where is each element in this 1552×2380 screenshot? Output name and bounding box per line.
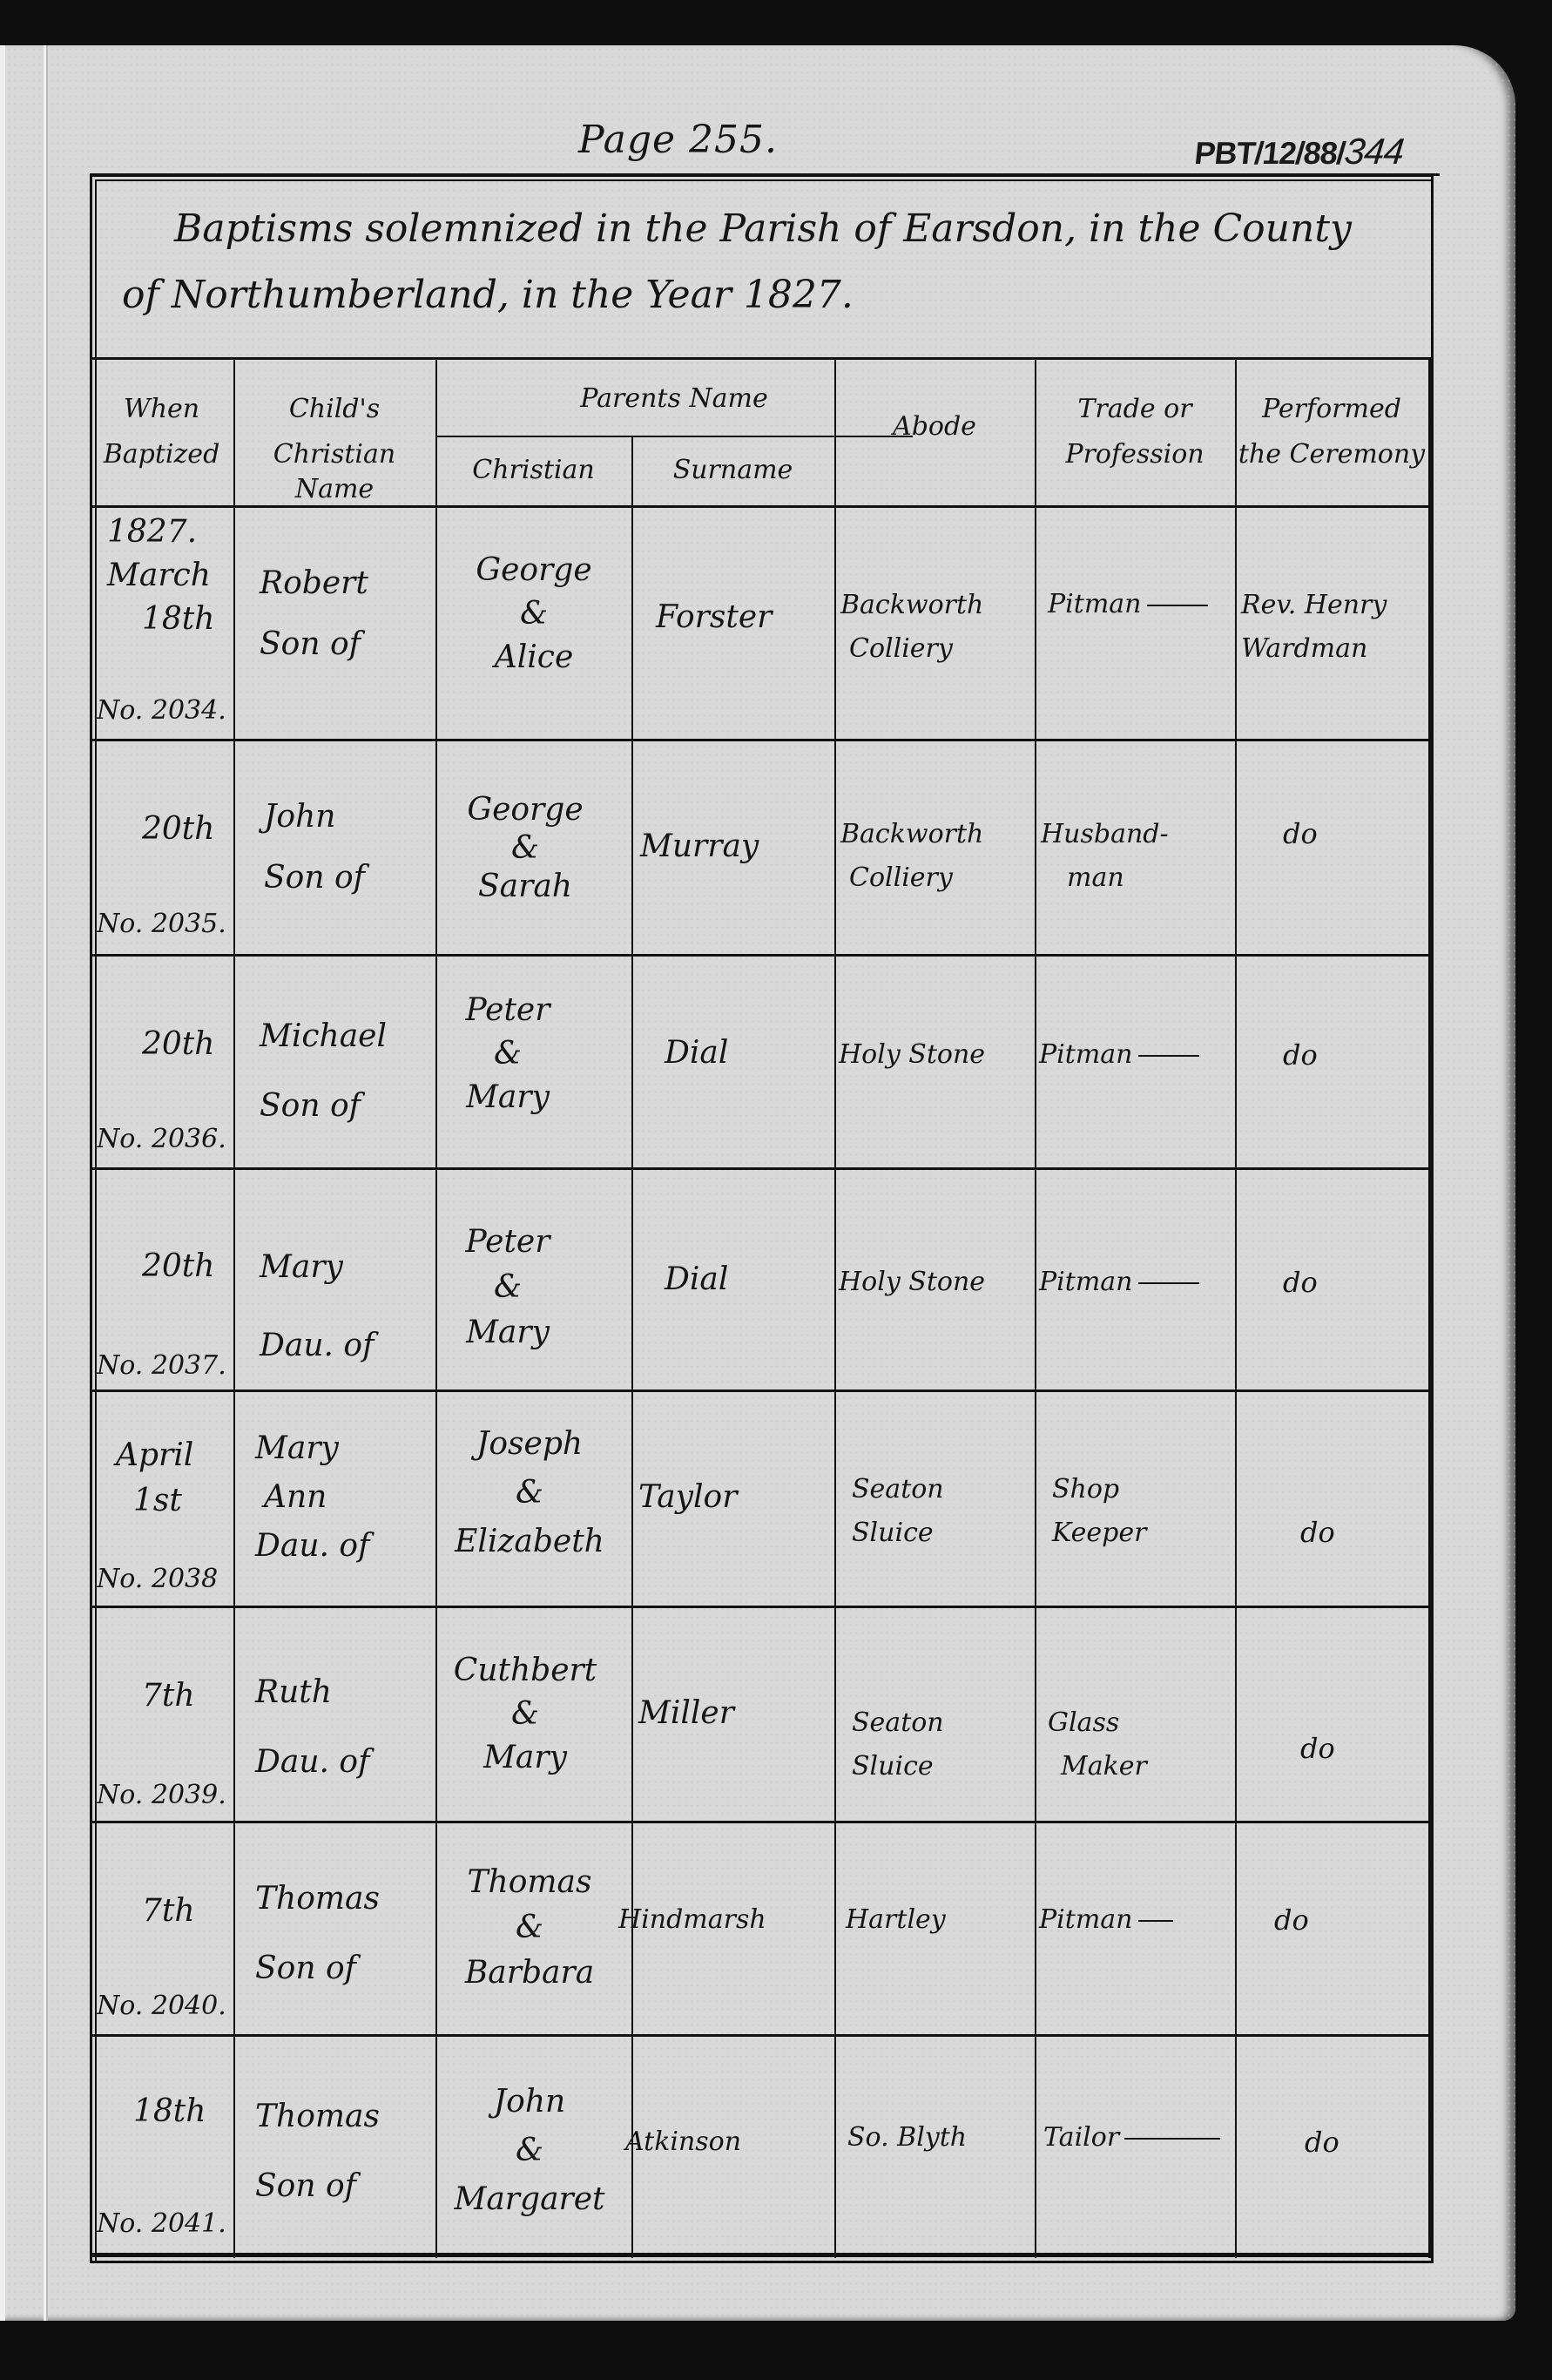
day: 7th — [142, 1890, 195, 1932]
abode-line1: Backworth — [840, 584, 983, 627]
header-performed: Performed the Ceremony — [1235, 392, 1428, 472]
trade-line1: Pitman — [1039, 1904, 1133, 1935]
header-trade-line1: Trade or — [1035, 392, 1235, 427]
table-row: 20th No. 2035. John Son of George & Sara… — [90, 739, 1428, 954]
header-when-line2: Baptized — [90, 437, 233, 472]
folio-number: 344 — [1343, 131, 1406, 172]
father-name: Joseph — [442, 1420, 617, 1469]
abode-line1: Seaton — [852, 1701, 944, 1745]
trade-line1: Glass — [1048, 1701, 1147, 1745]
header-when: When Baptized — [90, 392, 233, 472]
abode-line2: Sluice — [852, 1511, 944, 1555]
binding-margin-line — [44, 45, 46, 2321]
abode-line2: Sluice — [852, 1745, 944, 1788]
surname: Hindmarsh — [618, 1899, 766, 1941]
parents-christian: John & Margaret — [447, 2078, 612, 2224]
child-name: Thomas Son of — [255, 2082, 380, 2221]
performed-by-ditto: do — [1274, 1899, 1309, 1941]
father-name: Peter — [460, 989, 556, 1032]
trade: Husband- man — [1041, 813, 1169, 900]
father-name: George — [460, 791, 590, 829]
abode: Hartley — [846, 1899, 946, 1941]
header-parent-surname: Surname — [631, 453, 834, 488]
ampersand: & — [447, 1905, 612, 1951]
child-relation: Dau. of — [255, 1728, 369, 1797]
child-name: Thomas Son of — [255, 1864, 380, 2004]
page-number: Page 255. — [578, 118, 778, 162]
abode: Backworth Colliery — [840, 584, 983, 671]
surname: Dial — [665, 1032, 728, 1074]
ampersand: & — [460, 592, 608, 636]
father-name: John — [447, 2078, 612, 2126]
child-christian-name: Michael — [260, 1002, 387, 1072]
trade-line2: man — [1041, 856, 1169, 900]
header-child-name: Child's Christian Name — [233, 392, 435, 507]
child-christian-name: Ruth — [255, 1658, 369, 1728]
abode-line2: Colliery — [840, 856, 983, 900]
abode-line2: Colliery — [840, 627, 983, 671]
baptism-date: April 1st — [116, 1433, 193, 1524]
father-name: Peter — [460, 1220, 556, 1265]
title-line-1: Baptisms solemnized in the Parish of Ear… — [122, 196, 1428, 262]
baptism-register-table: When Baptized Child's Christian Name Par… — [90, 357, 1431, 2258]
parents-christian: Thomas & Barbara — [447, 1860, 612, 1996]
dash-rule — [1124, 2138, 1220, 2140]
register-number: No. 2035. — [97, 909, 226, 939]
child-christian-name: Thomas — [255, 1864, 380, 1934]
child-name: Robert Son of — [260, 553, 368, 675]
parents-christian: Peter & Mary — [460, 1220, 556, 1356]
trade-line2: Keeper — [1052, 1511, 1146, 1555]
father-name: Thomas — [447, 1860, 612, 1905]
ampersand: & — [447, 2126, 612, 2175]
day: 20th — [142, 808, 214, 850]
header-when-line1: When — [90, 392, 233, 427]
ampersand: & — [460, 1265, 556, 1310]
abode: So. Blyth — [847, 2117, 967, 2159]
performed-by-ditto: do — [1305, 2121, 1339, 2163]
trade: Tailor — [1043, 2117, 1220, 2159]
child-relation: Son of — [260, 1072, 387, 1141]
parents-christian: George & Alice — [460, 549, 608, 680]
register-title: Baptisms solemnized in the Parish of Ear… — [122, 196, 1428, 328]
register-number: No. 2036. — [97, 1124, 226, 1154]
child-name: John Son of — [264, 787, 365, 909]
parents-christian: Peter & Mary — [460, 989, 556, 1119]
trade-line1: Pitman — [1048, 589, 1142, 619]
trade: Pitman — [1039, 1899, 1173, 1941]
child-relation: Son of — [255, 2152, 380, 2221]
day: 18th — [133, 2091, 206, 2133]
header-performed-line1: Performed — [1235, 392, 1428, 427]
month: March — [107, 554, 214, 598]
child-christian-name-2: Ann — [255, 1473, 369, 1522]
register-number: No. 2037. — [97, 1350, 226, 1381]
trade-line1: Pitman — [1039, 1267, 1133, 1297]
abode: Holy Stone — [839, 1261, 985, 1303]
archive-reference-stamp: PBT/12/88/344 — [1192, 131, 1405, 172]
table-row: 7th No. 2039. Ruth Dau. of Cuthbert & Ma… — [90, 1606, 1428, 1821]
row-divider — [90, 2253, 1431, 2257]
mother-name: Mary — [460, 1310, 556, 1356]
day: 7th — [142, 1675, 195, 1717]
child-name: Mary Dau. of — [260, 1228, 374, 1385]
child-relation: Son of — [264, 848, 365, 909]
page-edge — [0, 45, 5, 2321]
trade: Pitman — [1039, 1261, 1199, 1303]
ampersand: & — [460, 829, 590, 868]
performed-by-ditto: do — [1283, 813, 1318, 855]
abode: Seaton Sluice — [852, 1701, 944, 1788]
child-relation: Dau. of — [255, 1522, 369, 1571]
surname: Miller — [638, 1693, 734, 1734]
child-name: Ruth Dau. of — [255, 1658, 369, 1797]
trade-line2: Maker — [1048, 1745, 1147, 1788]
surname: Murray — [640, 826, 759, 868]
dash-rule — [1138, 1055, 1199, 1057]
trade: Pitman — [1039, 1034, 1199, 1076]
header-trade-line2: Profession — [1035, 437, 1235, 472]
abode-line1: Seaton — [852, 1468, 944, 1511]
dash-rule — [1138, 1920, 1173, 1922]
register-number: No. 2038 — [97, 1564, 218, 1594]
performed-by: Rev. Henry Wardman — [1241, 584, 1387, 671]
parents-christian: Cuthbert & Mary — [442, 1649, 608, 1780]
child-christian-name: Mary — [255, 1424, 369, 1473]
header-performed-line2: the Ceremony — [1235, 437, 1428, 472]
mother-name: Elizabeth — [442, 1518, 617, 1566]
header-trade: Trade or Profession — [1035, 392, 1235, 472]
table-row: 1827. March 18th No. 2034. Robert Son of… — [90, 505, 1428, 739]
abode: Seaton Sluice — [852, 1468, 944, 1555]
register-number: No. 2034. — [97, 695, 226, 726]
trade: Shop Keeper — [1052, 1468, 1146, 1555]
child-christian-name: John — [264, 787, 365, 848]
header-parent-christian: Christian — [435, 453, 631, 488]
child-relation: Dau. of — [260, 1307, 374, 1385]
mother-name: Alice — [460, 636, 608, 680]
register-number: No. 2039. — [97, 1780, 226, 1810]
child-name: Mary Ann Dau. of — [255, 1424, 369, 1571]
mother-name: Barbara — [447, 1951, 612, 1996]
surname: Atkinson — [625, 2121, 741, 2163]
archive-reference: PBT/12/88/ — [1193, 135, 1346, 171]
table-row: 20th No. 2037. Mary Dau. of Peter & Mary… — [90, 1167, 1428, 1389]
register-number: No. 2041. — [97, 2208, 226, 2239]
month: April — [116, 1433, 193, 1478]
day: 20th — [142, 1024, 214, 1065]
ampersand: & — [442, 1693, 608, 1736]
day: 18th — [107, 598, 214, 641]
father-name: Cuthbert — [442, 1649, 608, 1693]
surname: Forster — [656, 597, 772, 639]
mother-name: Sarah — [460, 868, 590, 906]
table-row: 7th No. 2040. Thomas Son of Thomas & Bar… — [90, 1821, 1428, 2034]
parents-christian: George & Sarah — [460, 791, 590, 906]
trade-line1: Tailor — [1043, 2122, 1119, 2153]
table-row: April 1st No. 2038 Mary Ann Dau. of Jose… — [90, 1389, 1428, 1606]
table-row: 20th No. 2036. Michael Son of Peter & Ma… — [90, 954, 1428, 1167]
header-child-line2: Christian Name — [233, 437, 435, 507]
child-name: Michael Son of — [260, 1002, 387, 1141]
ampersand: & — [460, 1032, 556, 1076]
mother-name: Mary — [442, 1736, 608, 1780]
trade-line1: Husband- — [1041, 813, 1169, 856]
column-divider — [1428, 357, 1431, 2258]
table-row: 18th No. 2041. Thomas Son of John & Marg… — [90, 2034, 1428, 2253]
performed-by-ditto: do — [1300, 1728, 1335, 1769]
ampersand: & — [442, 1469, 617, 1518]
child-christian-name: Mary — [260, 1228, 374, 1307]
abode: Backworth Colliery — [840, 813, 983, 900]
row-divider — [90, 357, 1431, 360]
header-abode: Abode — [834, 409, 1035, 444]
title-line-2: of Northumberland, in the Year 1827. — [122, 262, 1428, 328]
father-name: George — [460, 549, 608, 592]
child-relation: Son of — [255, 1934, 380, 2004]
surname: Dial — [665, 1259, 728, 1301]
performed-by-ditto: do — [1283, 1261, 1318, 1303]
child-christian-name: Robert — [260, 553, 368, 614]
child-christian-name: Thomas — [255, 2082, 380, 2152]
abode-line1: Backworth — [840, 813, 983, 856]
performed-line1: Rev. Henry — [1241, 584, 1387, 627]
mother-name: Mary — [460, 1076, 556, 1119]
trade: Pitman — [1048, 584, 1208, 625]
year: 1827. — [107, 510, 214, 554]
register-number: No. 2040. — [97, 1991, 226, 2021]
trade-line1: Shop — [1052, 1468, 1146, 1511]
mother-name: Margaret — [447, 2175, 612, 2224]
trade: Glass Maker — [1048, 1701, 1147, 1788]
child-relation: Son of — [260, 614, 368, 675]
parents-christian: Joseph & Elizabeth — [442, 1420, 617, 1566]
surname: Taylor — [638, 1477, 737, 1518]
trade-line1: Pitman — [1039, 1039, 1133, 1070]
performed-line2: Wardman — [1241, 627, 1387, 671]
performed-by-ditto: do — [1283, 1034, 1318, 1076]
day: 1st — [116, 1478, 193, 1524]
day: 20th — [142, 1246, 214, 1288]
dash-rule — [1147, 605, 1208, 606]
performed-by-ditto: do — [1300, 1511, 1335, 1553]
abode: Holy Stone — [839, 1034, 985, 1076]
dash-rule — [1138, 1282, 1199, 1284]
header-child-line1: Child's — [233, 392, 435, 427]
baptism-date: 1827. March 18th — [107, 510, 214, 641]
